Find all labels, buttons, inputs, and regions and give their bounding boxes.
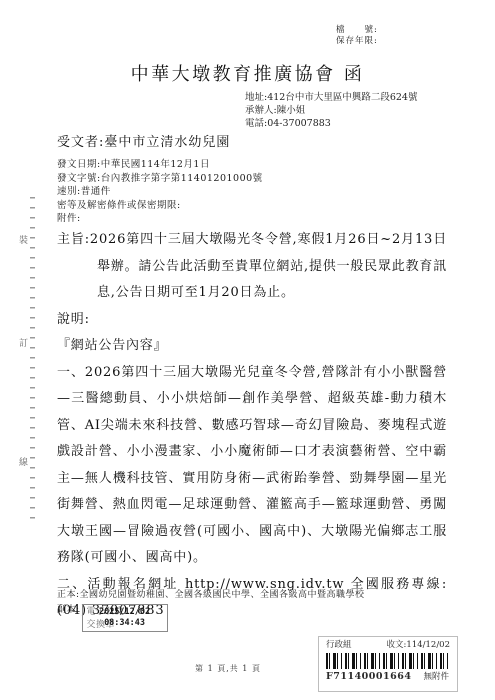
retention-period-label: 保存年限:: [336, 36, 378, 47]
subject-label: 主旨:: [57, 232, 90, 247]
classification-line: 密等及解密條件或保密期限:: [57, 199, 263, 213]
page-number: 第 1 頁,共 1 頁: [168, 663, 288, 674]
file-number-label: 檔 號:: [336, 25, 378, 36]
cc-label: 副本:: [57, 603, 80, 618]
sender-contact-person: 承辦人:陳小姐: [245, 104, 417, 117]
binding-mark-ding: 訂: [19, 336, 28, 349]
binding-mark-zhuang: 裝: [19, 233, 28, 246]
exchange-stamp-date: 2025/12/02: [99, 607, 150, 617]
exchange-stamp-datetime: 2025/12/02 08:34:43: [83, 607, 167, 629]
receipt-code: F71140001664: [326, 671, 411, 682]
subject-text: 2026第四十三屆大墩陽光冬令營,寒假1月26日~2月13日舉辦。請公告此活動至…: [90, 232, 447, 300]
original-copy-line: 正本:全國幼兒園暨幼稚園、全國各級國民中學、全國各級高中暨高職學校: [57, 588, 365, 603]
explanation-label: 說明:: [57, 307, 447, 334]
letter-body: 主旨:2026第四十三屆大墩陽光冬令營,寒假1月26日~2月13日舉辦。請公告此…: [57, 227, 447, 625]
reference-number-line: 發文字號:台內教推字第字第11401201000號: [57, 172, 263, 186]
body-item-1: 一、2026第四十三屆大墩陽光兒童冬令營,營隊計有小小獸醫營—三醫總動員、小小烘…: [57, 360, 447, 572]
electronic-exchange-stamp: 電子公文 交換章 2025/12/02 08:34:43: [82, 604, 168, 632]
recipient-line: 受文者:臺中市立清水幼兒園: [57, 131, 230, 150]
receipt-date: 收文:114/12/02: [387, 640, 450, 651]
exchange-stamp-time: 08:34:43: [104, 618, 145, 628]
sender-phone: 電話:04-37007883: [245, 117, 417, 130]
archive-labels: 檔 號: 保存年限:: [336, 25, 378, 47]
document-title: 中華大墩教育推廣協會 函: [0, 60, 495, 86]
receipt-department: 行政組: [326, 640, 352, 651]
barcode: [326, 653, 448, 669]
attachment-line: 附件:: [57, 212, 263, 226]
document-meta: 發文日期:中華民國114年12月1日 發文字號:台內教推字第字第11401201…: [57, 158, 263, 226]
announcement-heading: 『網站公告內容』: [57, 333, 447, 360]
priority-line: 速別:普通件: [57, 185, 263, 199]
copies-block: 正本:全國幼兒園暨幼稚園、全國各級國民中學、全國各級高中暨高職學校 副本: 電子…: [57, 588, 365, 632]
receipt-attachment-note: 無附件: [423, 670, 449, 682]
sender-address: 地址:412台中市大里區中興路二段624號: [245, 91, 417, 104]
receipt-stamp: 行政組 收文:114/12/02 F71140001664 無附件: [318, 636, 458, 692]
binding-dashed-line: [30, 197, 35, 523]
issue-date-line: 發文日期:中華民國114年12月1日: [57, 158, 263, 172]
binding-mark-xian: 線: [19, 455, 28, 468]
subject-paragraph: 主旨:2026第四十三屆大墩陽光冬令營,寒假1月26日~2月13日舉辦。請公告此…: [57, 227, 447, 307]
sender-info: 地址:412台中市大里區中興路二段624號 承辦人:陳小姐 電話:04-3700…: [245, 91, 417, 130]
